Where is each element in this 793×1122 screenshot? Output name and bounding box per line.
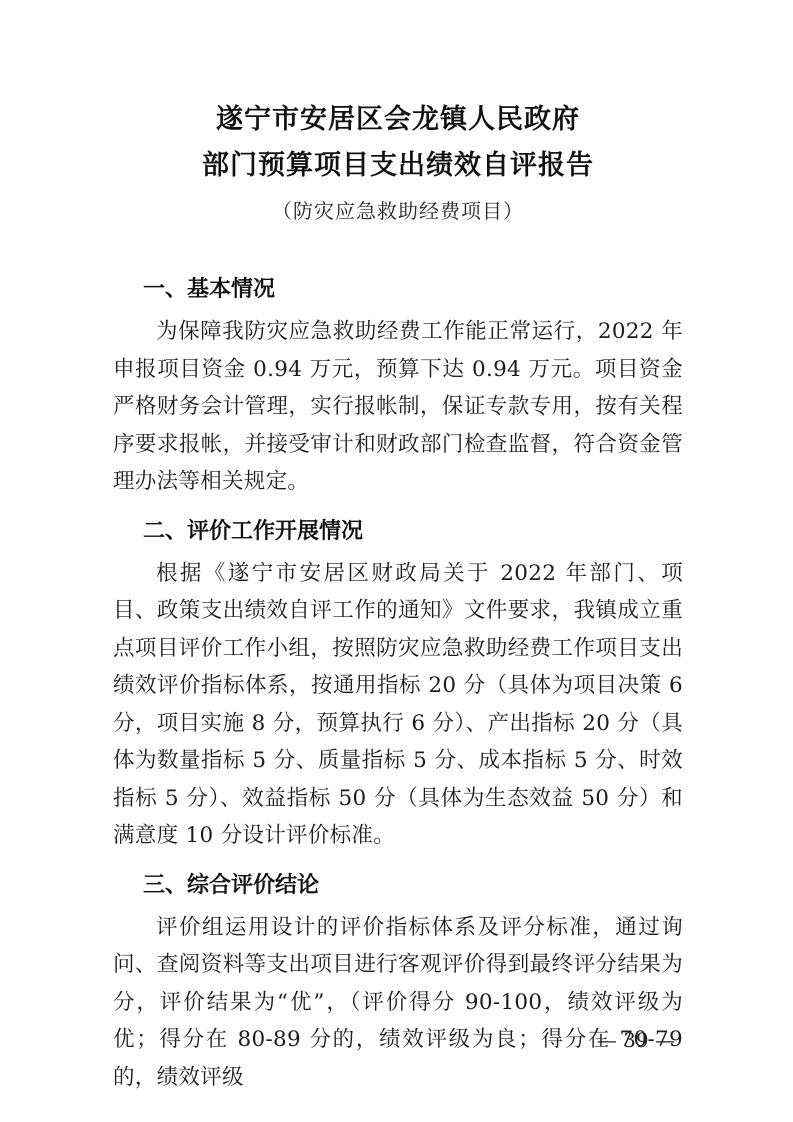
document-title-line-1: 遂宁市安居区会龙镇人民政府 xyxy=(113,96,683,142)
section-heading-basic-info: 一、基本情况 xyxy=(113,274,683,304)
section-heading-evaluation-work: 二、评价工作开展情况 xyxy=(113,516,683,546)
document-page: 遂宁市安居区会龙镇人民政府 部门预算项目支出绩效自评报告 （防灾应急救助经费项目… xyxy=(0,0,793,1122)
document-title: 遂宁市安居区会龙镇人民政府 部门预算项目支出绩效自评报告 xyxy=(113,96,683,188)
section-basic-info: 一、基本情况 为保障我防灾应急救助经费工作能正常运行，2022 年申报项目资金 … xyxy=(113,274,683,501)
document-subtitle: （防灾应急救助经费项目） xyxy=(113,195,683,227)
document-title-line-2: 部门预算项目支出绩效自评报告 xyxy=(113,142,683,188)
section-paragraph-evaluation-work: 根据《遂宁市安居区财政局关于 2022 年部门、项目、政策支出绩效自评工作的通知… xyxy=(113,555,683,855)
section-heading-overall-conclusion: 三、综合评价结论 xyxy=(113,870,683,900)
section-overall-conclusion: 三、综合评价结论 评价组运用设计的评价指标体系及评分标准，通过询问、查阅资料等支… xyxy=(113,870,683,1097)
document-content: 遂宁市安居区会龙镇人民政府 部门预算项目支出绩效自评报告 （防灾应急救助经费项目… xyxy=(113,0,683,1096)
page-number: — 39 — xyxy=(597,1028,675,1052)
section-evaluation-work: 二、评价工作开展情况 根据《遂宁市安居区财政局关于 2022 年部门、项目、政策… xyxy=(113,516,683,855)
section-paragraph-basic-info: 为保障我防灾应急救助经费工作能正常运行，2022 年申报项目资金 0.94 万元… xyxy=(113,313,683,501)
section-paragraph-overall-conclusion: 评价组运用设计的评价指标体系及评分标准，通过询问、查阅资料等支出项目进行客观评价… xyxy=(113,909,683,1097)
